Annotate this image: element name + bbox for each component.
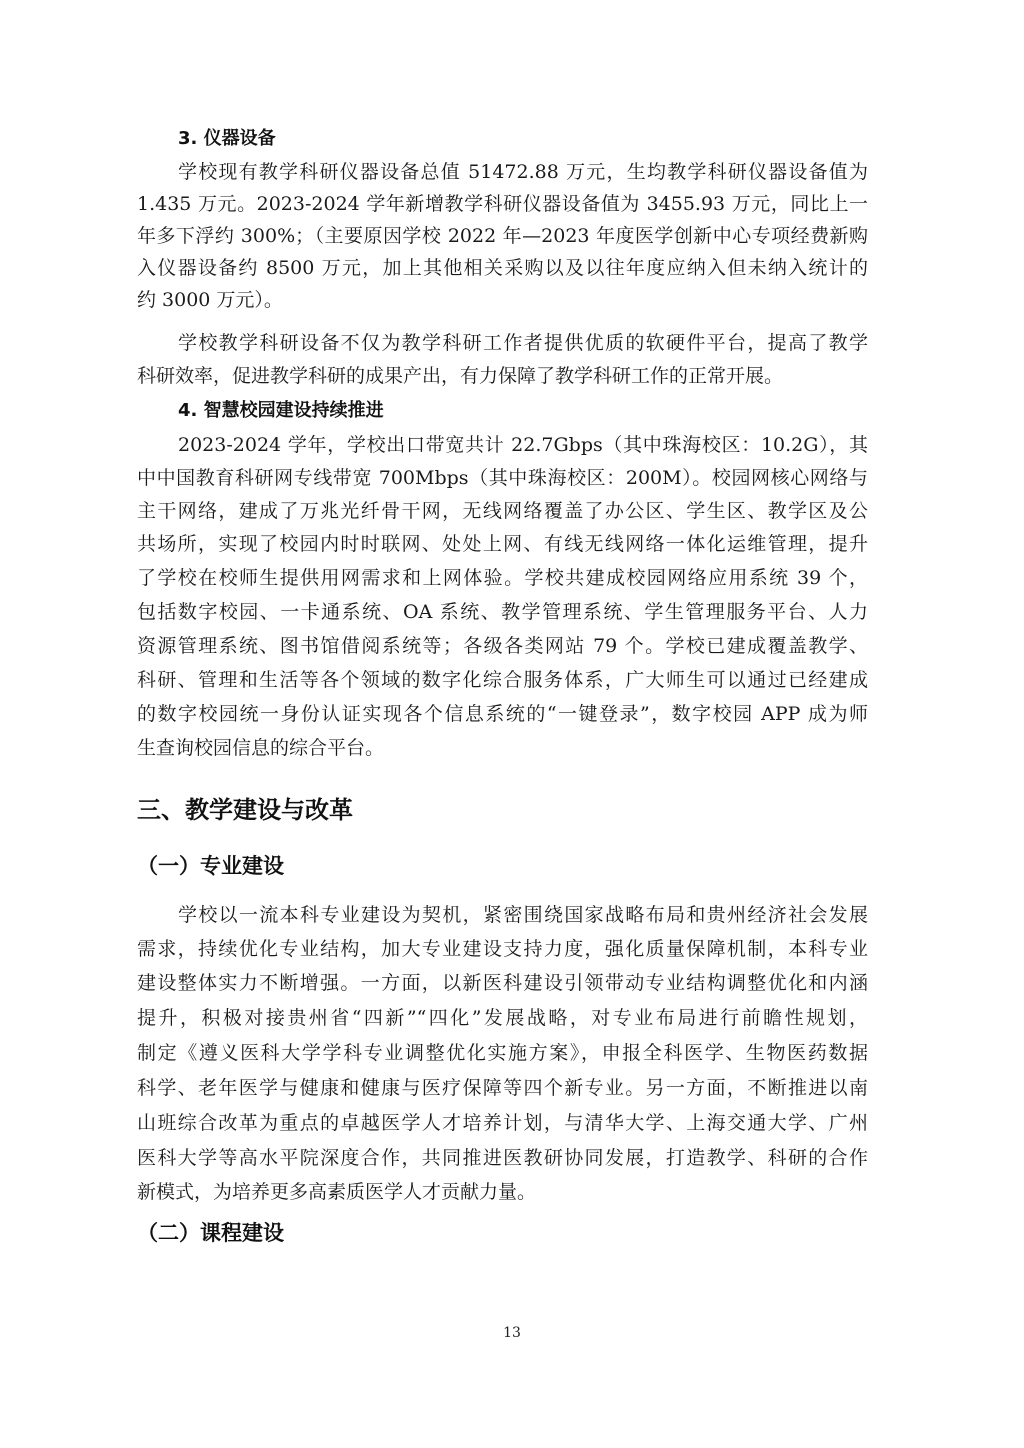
paragraph-line: 资源管理系统、图书馆借阅系统等；各级各类网站 79 个。学校已建成覆盖教学、 bbox=[137, 634, 868, 658]
paragraph-line: 了学校在校师生提供用网需求和上网体验。学校共建成校园网络应用系统 39 个， bbox=[137, 566, 868, 590]
paragraph-line: 山班综合改革为重点的卓越医学人才培养计划，与清华大学、上海交通大学、广州 bbox=[137, 1111, 868, 1135]
paragraph-line: 的数字校园统一身份认证实现各个信息系统的“一键登录”，数字校园 APP 成为师 bbox=[137, 702, 868, 726]
paragraph-line: 2023-2024 学年，学校出口带宽共计 22.7Gbps（其中珠海校区：10… bbox=[178, 433, 868, 457]
paragraph-line: 生查询校园信息的综合平台。 bbox=[137, 736, 868, 760]
paragraph-line: 学校现有教学科研仪器设备总值 51472.88 万元，生均教学科研仪器设备值为 bbox=[178, 160, 868, 184]
paragraph-line: 学校以一流本科专业建设为契机，紧密围绕国家战略布局和贵州经济社会发展 bbox=[178, 903, 868, 927]
heading-equipment: 3. 仪器设备 bbox=[178, 127, 276, 151]
paragraph-line: 建设整体实力不断增强。一方面，以新医科建设引领带动专业结构调整优化和内涵 bbox=[137, 971, 868, 995]
paragraph-line: 学校教学科研设备不仅为教学科研工作者提供优质的软硬件平台，提高了教学 bbox=[178, 331, 868, 355]
paragraph-line: 制定《遵义医科大学学科专业调整优化实施方案》，申报全科医学、生物医药数据 bbox=[137, 1041, 868, 1065]
subsection-heading-major: （一）专业建设 bbox=[137, 852, 284, 880]
paragraph-line: 科研效率，促进教学科研的成果产出，有力保障了教学科研工作的正常开展。 bbox=[137, 364, 868, 388]
paragraph-line: 新模式，为培养更多高素质医学人才贡献力量。 bbox=[137, 1180, 868, 1204]
page-number: 13 bbox=[0, 1325, 1024, 1341]
subsection-heading-course: （二）课程建设 bbox=[137, 1219, 284, 1247]
heading-smart-campus: 4. 智慧校园建设持续推进 bbox=[178, 399, 384, 423]
paragraph-line: 提升，积极对接贵州省“四新”“四化”发展战略，对专业布局进行前瞻性规划， bbox=[137, 1006, 868, 1030]
chapter-heading: 三、教学建设与改革 bbox=[137, 795, 353, 825]
paragraph-line: 科研、管理和生活等各个领域的数字化综合服务体系，广大师生可以通过已经建成 bbox=[137, 668, 868, 692]
paragraph-line: 科学、老年医学与健康和健康与医疗保障等四个新专业。另一方面，不断推进以南 bbox=[137, 1076, 868, 1100]
paragraph-line: 年多下浮约 300%；（主要原因学校 2022 年—2023 年度医学创新中心专… bbox=[137, 224, 868, 248]
document-page: 3. 仪器设备 学校现有教学科研仪器设备总值 51472.88 万元，生均教学科… bbox=[0, 0, 1024, 1448]
paragraph-line: 1.435 万元。2023-2024 学年新增教学科研仪器设备值为 3455.9… bbox=[137, 192, 868, 216]
paragraph-line: 约 3000 万元）。 bbox=[137, 288, 868, 312]
paragraph-line: 入仪器设备约 8500 万元，加上其他相关采购以及以往年度应纳入但未纳入统计的 bbox=[137, 256, 868, 280]
paragraph-line: 需求，持续优化专业结构，加大专业建设支持力度，强化质量保障机制，本科专业 bbox=[137, 937, 868, 961]
paragraph-line: 包括数字校园、一卡通系统、OA 系统、教学管理系统、学生管理服务平台、人力 bbox=[137, 600, 868, 624]
paragraph-line: 中中国教育科研网专线带宽 700Mbps（其中珠海校区：200M）。校园网核心网… bbox=[137, 466, 868, 490]
paragraph-line: 主干网络，建成了万兆光纤骨干网，无线网络覆盖了办公区、学生区、教学区及公 bbox=[137, 499, 868, 523]
paragraph-line: 共场所，实现了校园内时时联网、处处上网、有线无线网络一体化运维管理，提升 bbox=[137, 532, 868, 556]
paragraph-line: 医科大学等高水平院深度合作，共同推进医教研协同发展，打造教学、科研的合作 bbox=[137, 1146, 868, 1170]
